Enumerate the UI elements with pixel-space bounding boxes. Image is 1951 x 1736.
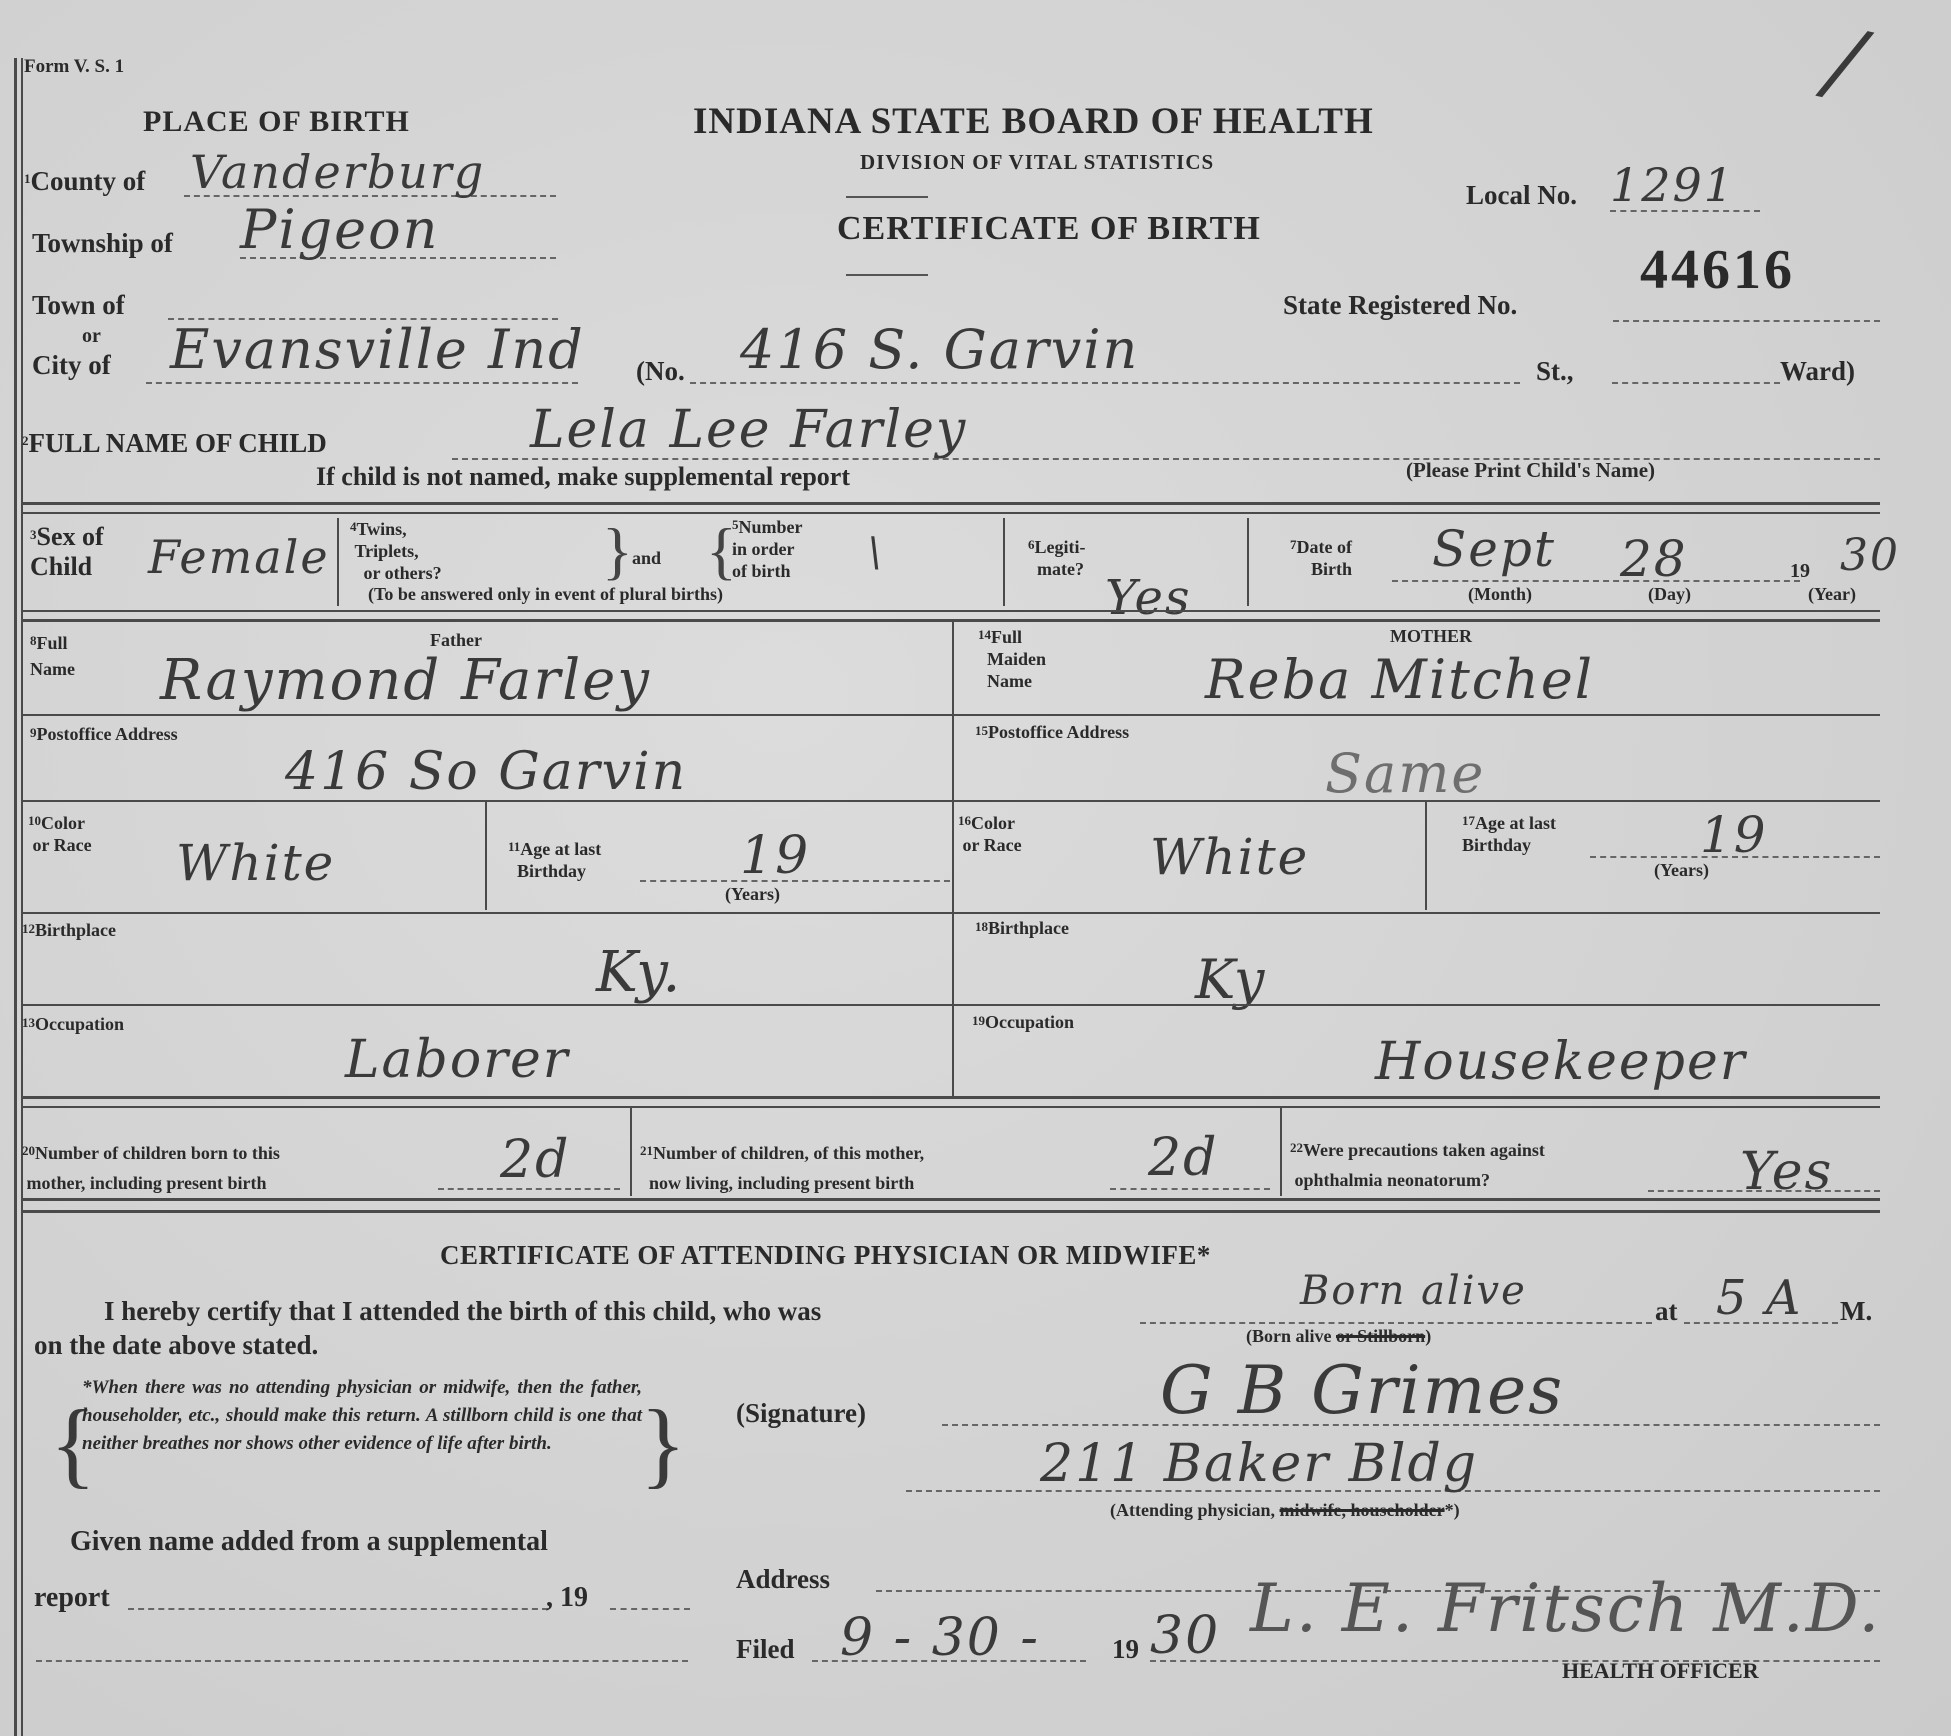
father-race-label: 10Color or Race (28, 812, 92, 856)
rule (22, 610, 1880, 612)
mother-occupation-label: 19Occupation (972, 1012, 1074, 1033)
dob-year-value[interactable]: 30 (1840, 530, 1900, 581)
ward-label: Ward) (1780, 356, 1855, 387)
father-age-label: 11Age at last Birthday (508, 838, 601, 882)
mother-address-value[interactable]: Same (1325, 742, 1485, 805)
physician-address-value[interactable]: 211 Baker Bldg (1040, 1434, 1478, 1494)
year-caption: (Year) (1808, 584, 1856, 605)
supplemental-report-label: report (34, 1582, 110, 1614)
day-caption: (Day) (1648, 584, 1691, 605)
precautions-value[interactable]: Yes (1740, 1142, 1833, 1202)
county-label: 1County of (24, 168, 145, 194)
father-age-caption: (Years) (725, 884, 780, 905)
divider (1247, 518, 1249, 606)
mother-birthplace-value[interactable]: Ky (1195, 948, 1266, 1011)
rule (22, 1210, 1880, 1213)
rule (22, 912, 952, 914)
rule (22, 502, 1880, 505)
father-birthplace-value[interactable]: Ky. (596, 940, 682, 1005)
meridiem-label: M. (1840, 1296, 1872, 1327)
rule (952, 1004, 1880, 1006)
health-officer-line (1150, 1660, 1880, 1662)
divider (1425, 802, 1427, 910)
or-label: or (82, 325, 101, 348)
footnote-brace-right: } (640, 1374, 686, 1514)
county-value[interactable]: Vanderburg (190, 145, 485, 199)
divider (337, 518, 339, 606)
sex-value[interactable]: Female (148, 530, 330, 584)
physician-heading: CERTIFICATE OF ATTENDING PHYSICIAN OR MI… (440, 1240, 1211, 1271)
supplemental-report-note: If child is not named, make supplemental… (316, 462, 850, 492)
mother-race-label: 16Color or Race (958, 812, 1022, 856)
father-name-label: 8FullName (30, 630, 75, 682)
agency-title: INDIANA STATE BOARD OF HEALTH (693, 100, 1374, 143)
supplemental-year-line (610, 1608, 690, 1610)
legitimate-value[interactable]: Yes (1105, 570, 1192, 626)
father-birthplace-label: 12Birthplace (22, 920, 116, 941)
address-label: Address (736, 1564, 830, 1595)
township-value[interactable]: Pigeon (240, 198, 439, 261)
father-occupation-value[interactable]: Laborer (345, 1030, 570, 1090)
children-living-label: 21Number of children, of this mother, no… (640, 1138, 924, 1198)
mother-address-label: 15Postoffice Address (975, 722, 1129, 743)
supplemental-label: Given name added from a supplemental (70, 1526, 548, 1558)
supplemental-date-line (128, 1608, 548, 1610)
dob-day-value[interactable]: 28 (1620, 530, 1688, 588)
children-born-value[interactable]: 2d (500, 1130, 570, 1190)
mother-race-value[interactable]: White (1150, 828, 1309, 886)
left-border-outer (14, 58, 17, 1736)
rule (952, 912, 1880, 914)
filed-year-value[interactable]: 30 (1150, 1606, 1220, 1666)
mother-age-label: 17Age at lastBirthday (1462, 812, 1556, 856)
precautions-label: 22Were precautions taken against ophthal… (1290, 1135, 1545, 1195)
town-label: Town of (32, 292, 125, 318)
form-id: Form V. S. 1 (24, 56, 124, 78)
twins-label: 4Twins, Triplets, or others? (350, 518, 442, 584)
supplemental-year-prefix: , 19 (546, 1582, 588, 1614)
dob-month-value[interactable]: Sept (1432, 520, 1556, 578)
divider (630, 1108, 632, 1196)
born-status-value[interactable]: Born alive (1300, 1268, 1527, 1314)
city-line (146, 382, 578, 384)
signature-label: (Signature) (736, 1398, 866, 1429)
divider (1280, 1108, 1282, 1196)
street-line (690, 382, 1520, 384)
mother-age-caption: (Years) (1654, 860, 1709, 881)
birth-certificate-document: Form V. S. 1 PLACE OF BIRTH INDIANA STAT… (0, 0, 1951, 1736)
dob-century: 19 (1790, 560, 1810, 583)
divider (1003, 518, 1005, 606)
father-address-label: 9Postoffice Address (30, 724, 178, 745)
born-status-line (1140, 1322, 1652, 1324)
children-living-line (1110, 1188, 1270, 1190)
rule (22, 1096, 1880, 1099)
father-age-value[interactable]: 19 (740, 826, 810, 886)
date-above-text: on the date above stated. (34, 1330, 318, 1361)
mother-name-value[interactable]: Reba Mitchel (1205, 648, 1594, 711)
mother-occupation-value[interactable]: Housekeeper (1375, 1032, 1747, 1092)
children-born-label: 20Number of children born to this mother… (22, 1138, 280, 1198)
father-occupation-label: 13Occupation (22, 1014, 124, 1035)
children-living-value[interactable]: 2d (1148, 1128, 1218, 1188)
filed-century: 19 (1112, 1634, 1139, 1665)
rule (952, 714, 1880, 716)
mother-birthplace-label: 18Birthplace (975, 918, 1069, 939)
local-no-value[interactable]: 1291 (1610, 158, 1735, 212)
order-value[interactable]: \ (868, 530, 883, 576)
father-race-value[interactable]: White (176, 834, 335, 892)
check-mark: / (1819, 8, 1872, 117)
city-value[interactable]: Evansville Ind (170, 318, 585, 381)
legitimate-label: 6Legiti- mate? (1028, 536, 1086, 580)
brace-right: } (602, 514, 633, 588)
city-label: City of (32, 352, 111, 378)
rule (22, 800, 952, 802)
state-registered-no-value: 44616 (1640, 238, 1795, 302)
physician-signature[interactable]: G B Grimes (1160, 1352, 1564, 1429)
rule (22, 1198, 1880, 1201)
divider (485, 802, 487, 910)
order-label: 5Numberin orderof birth (732, 516, 803, 582)
rule (22, 714, 952, 716)
at-label: at (1655, 1296, 1678, 1327)
certify-text: I hereby certify that I attended the bir… (104, 1296, 821, 1327)
street-value[interactable]: 416 S. Garvin (740, 318, 1139, 381)
and-label: and (632, 548, 661, 569)
health-officer-signature[interactable]: L. E. Fritsch M.D. (1250, 1570, 1881, 1647)
filed-date-value[interactable]: 9 - 30 - (840, 1608, 1040, 1668)
filed-label: Filed (736, 1634, 795, 1665)
document-title: CERTIFICATE OF BIRTH (837, 210, 1261, 248)
rule (22, 1106, 1880, 1108)
mother-heading: MOTHER (1390, 626, 1472, 647)
township-label: Township of (32, 230, 173, 256)
place-of-birth-heading: PLACE OF BIRTH (143, 105, 410, 139)
rule (952, 800, 1880, 802)
father-name-value[interactable]: Raymond Farley (160, 648, 651, 713)
title-rule-bottom (846, 274, 928, 276)
division-title: DIVISION OF VITAL STATISTICS (860, 150, 1214, 175)
time-value[interactable]: 5 A (1716, 1270, 1802, 1326)
local-no-label: Local No. (1466, 180, 1577, 211)
mother-name-label: 14Full Maiden Name (978, 626, 1046, 692)
street-suffix-label: St., (1536, 356, 1574, 387)
supplemental-name-line (36, 1660, 688, 1662)
left-border-inner (21, 58, 23, 1736)
child-name-label: 2FULL NAME OF CHILD (22, 430, 327, 456)
plural-births-note: (To be answered only in event of plural … (368, 584, 723, 605)
month-caption: (Month) (1468, 584, 1532, 605)
child-name-value[interactable]: Lela Lee Farley (530, 400, 967, 460)
parents-divider (952, 622, 954, 1098)
dob-label: 7Date of Birth (1290, 536, 1352, 580)
sex-label: 3Sex ofChild (30, 522, 104, 582)
title-rule-top (846, 196, 928, 198)
rule (22, 619, 1880, 622)
state-registered-no-line (1613, 320, 1880, 322)
state-registered-no-label: State Registered No. (1283, 290, 1517, 321)
ward-line (1612, 382, 1780, 384)
street-no-label: (No. (636, 356, 685, 387)
born-caption: (Born alive or Stillborn) (1246, 1326, 1431, 1347)
role-caption: (Attending physician, midwife, household… (1110, 1500, 1460, 1521)
father-address-value[interactable]: 416 So Garvin (285, 742, 687, 802)
footnote-text: *When there was no attending physician o… (82, 1374, 642, 1458)
dob-line (1392, 580, 1800, 582)
mother-age-value[interactable]: 19 (1700, 806, 1768, 864)
rule (22, 1004, 952, 1006)
rule (22, 512, 1880, 514)
print-name-note: (Please Print Child's Name) (1406, 458, 1655, 483)
health-officer-label: HEALTH OFFICER (1562, 1658, 1759, 1684)
